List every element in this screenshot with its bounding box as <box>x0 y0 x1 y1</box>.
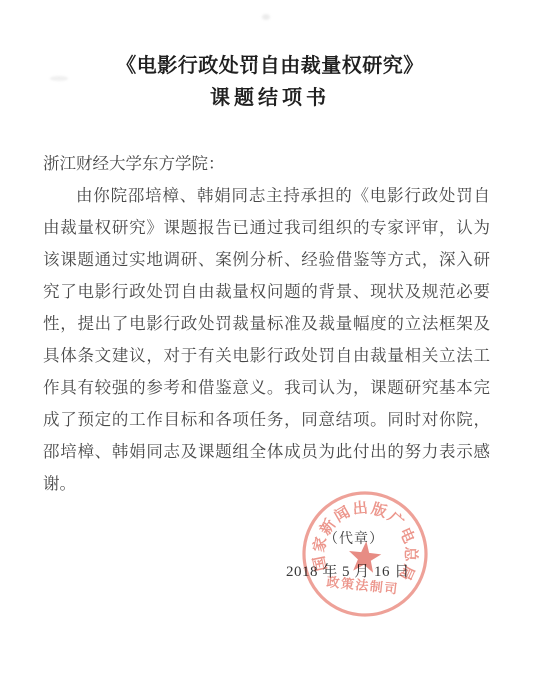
title-line-1: 《电影行政处罚自由裁量权研究》 <box>0 49 540 81</box>
body-line: 性，提出了电影行政处罚裁量标准及裁量幅度的立法框架及 <box>43 308 490 340</box>
official-seal: 国家新闻出版广电总局 政策法制司 <box>295 484 435 624</box>
body-line: 究了电影行政处罚自由裁量权问题的背景、现状及规范必要 <box>43 276 490 308</box>
body-line: 邵培樟、韩娟同志及课题组全体成员为此付出的努力表示感 <box>43 436 490 468</box>
document-date: 2018 年 5 月 16 日 <box>286 560 410 581</box>
svg-text:电: 电 <box>396 525 419 546</box>
body-line: 由你院邵培樟、韩娟同志主持承担的《电影行政处罚自 <box>43 180 490 212</box>
seal-substitute-note: （代章） <box>324 528 384 548</box>
scan-artifact <box>50 76 68 81</box>
body-line: 具体条文建议，对于有关电影行政处罚自由裁量相关立法工 <box>43 340 490 372</box>
svg-text:闻: 闻 <box>331 503 353 526</box>
body-line: 该课题通过实地调研、案例分析、经验借鉴等方式，深入研 <box>43 244 490 276</box>
document-title: 《电影行政处罚自由裁量权研究》 课题结项书 <box>0 49 540 113</box>
body-line: 作具有较强的参考和借鉴意义。我司认为，课题研究基本完 <box>43 372 490 404</box>
title-line-2: 课题结项书 <box>0 81 540 113</box>
body-line: 由裁量权研究》课题报告已通过我司组织的专家评审，认为 <box>43 212 490 244</box>
salutation: 浙江财经大学东方学院： <box>43 148 490 180</box>
svg-text:出: 出 <box>352 500 369 518</box>
letter-body: 浙江财经大学东方学院： 由你院邵培樟、韩娟同志主持承担的《电影行政处罚自 由裁量… <box>43 148 490 500</box>
document-page: 《电影行政处罚自由裁量权研究》 课题结项书 浙江财经大学东方学院： 由你院邵培樟… <box>0 0 540 678</box>
scan-artifact <box>262 14 270 20</box>
body-line: 成了预定的工作目标和各项任务，同意结项。同时对你院， <box>43 404 490 436</box>
